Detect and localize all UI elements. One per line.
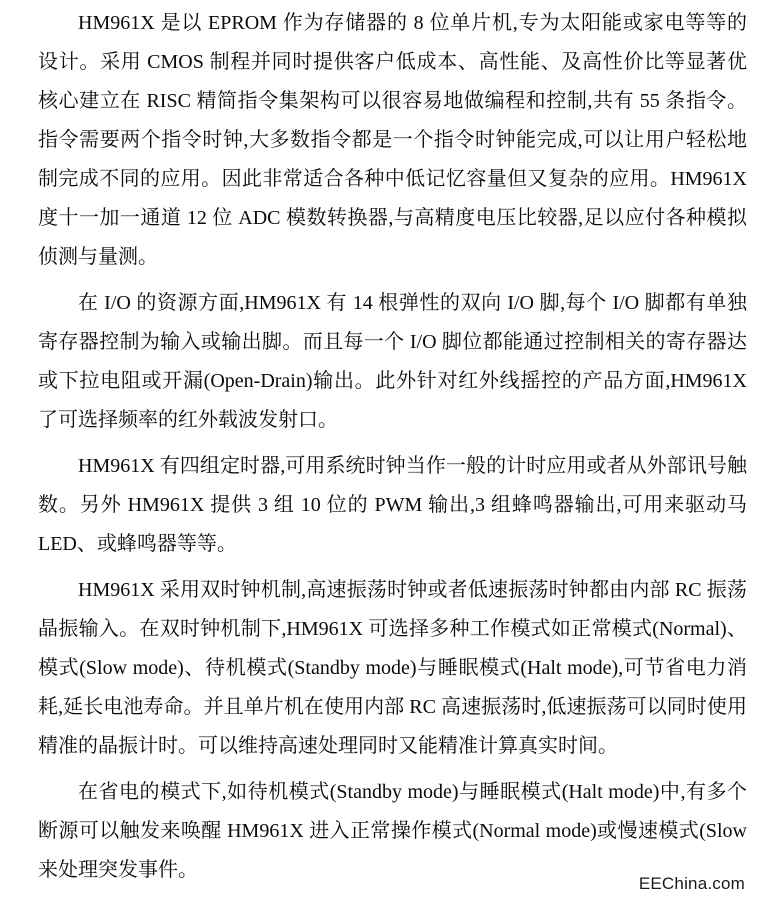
text-line: LED、或蜂鸣器等等。 xyxy=(38,525,747,564)
text-line: 耗,延长电池寿命。并且单片机在使用内部 RC 高速振荡时,低速振荡可以同时使用外… xyxy=(38,688,747,727)
document-body: HM961X 是以 EPROM 作为存储器的 8 位单片机,专为太阳能或家电等等… xyxy=(38,4,747,890)
text-line: HM961X 是以 EPROM 作为存储器的 8 位单片机,专为太阳能或家电等等… xyxy=(38,4,747,43)
text-line: 度十一加一通道 12 位 ADC 模数转换器,与高精度电压比较器,足以应付各种模… xyxy=(38,199,747,238)
paragraph: HM961X 有四组定时器,可用系统时钟当作一般的计时应用或者从外部讯号触发来计… xyxy=(38,447,747,564)
text-line: 在 I/O 的资源方面,HM961X 有 14 根弹性的双向 I/O 脚,每个 … xyxy=(38,284,747,323)
text-line: HM961X 采用双时钟机制,高速振荡时钟或者低速振荡时钟都由内部 RC 振荡或… xyxy=(38,571,747,610)
text-line: 制完成不同的应用。因此非常适合各种中低记忆容量但又复杂的应用。HM961X 内建… xyxy=(38,160,747,199)
paragraph: 在省电的模式下,如待机模式(Standby mode)与睡眠模式(Halt mo… xyxy=(38,773,747,890)
paragraph: HM961X 采用双时钟机制,高速振荡时钟或者低速振荡时钟都由内部 RC 振荡或… xyxy=(38,571,747,766)
text-line: 在省电的模式下,如待机模式(Standby mode)与睡眠模式(Halt mo… xyxy=(38,773,747,812)
text-line: 侦测与量测。 xyxy=(38,238,747,277)
eechina-watermark: EEChina.com xyxy=(639,874,745,894)
text-line: 精准的晶振计时。可以维持高速处理同时又能精准计算真实时间。 xyxy=(38,727,747,766)
text-line: 断源可以触发来唤醒 HM961X 进入正常操作模式(Normal mode)或慢… xyxy=(38,812,747,851)
document-page: HM961X 是以 EPROM 作为存储器的 8 位单片机,专为太阳能或家电等等… xyxy=(0,0,759,900)
text-line: HM961X 有四组定时器,可用系统时钟当作一般的计时应用或者从外部讯号触发来计 xyxy=(38,447,747,486)
text-line: 或下拉电阻或开漏(Open-Drain)输出。此外针对红外线摇控的产品方面,HM… xyxy=(38,362,747,401)
text-line: 数。另外 HM961X 提供 3 组 10 位的 PWM 输出,3 组蜂鸣器输出… xyxy=(38,486,747,525)
text-line: 核心建立在 RISC 精简指令集架构可以很容易地做编程和控制,共有 55 条指令… xyxy=(38,82,747,121)
text-line: 指令需要两个指令时钟,大多数指令都是一个指令时钟能完成,可以让用户轻松地以过程控 xyxy=(38,121,747,160)
paragraph: HM961X 是以 EPROM 作为存储器的 8 位单片机,专为太阳能或家电等等… xyxy=(38,4,747,277)
text-line: 模式(Slow mode)、待机模式(Standby mode)与睡眠模式(Ha… xyxy=(38,649,747,688)
paragraph: 在 I/O 的资源方面,HM961X 有 14 根弹性的双向 I/O 脚,每个 … xyxy=(38,284,747,440)
text-line: 寄存器控制为输入或输出脚。而且每一个 I/O 脚位都能通过控制相关的寄存器达成如… xyxy=(38,323,747,362)
text-line: 晶振输入。在双时钟机制下,HM961X 可选择多种工作模式如正常模式(Norma… xyxy=(38,610,747,649)
text-line: 了可选择频率的红外载波发射口。 xyxy=(38,401,747,440)
text-line: 设计。采用 CMOS 制程并同时提供客户低成本、高性能、及高性价比等显著优势。H… xyxy=(38,43,747,82)
